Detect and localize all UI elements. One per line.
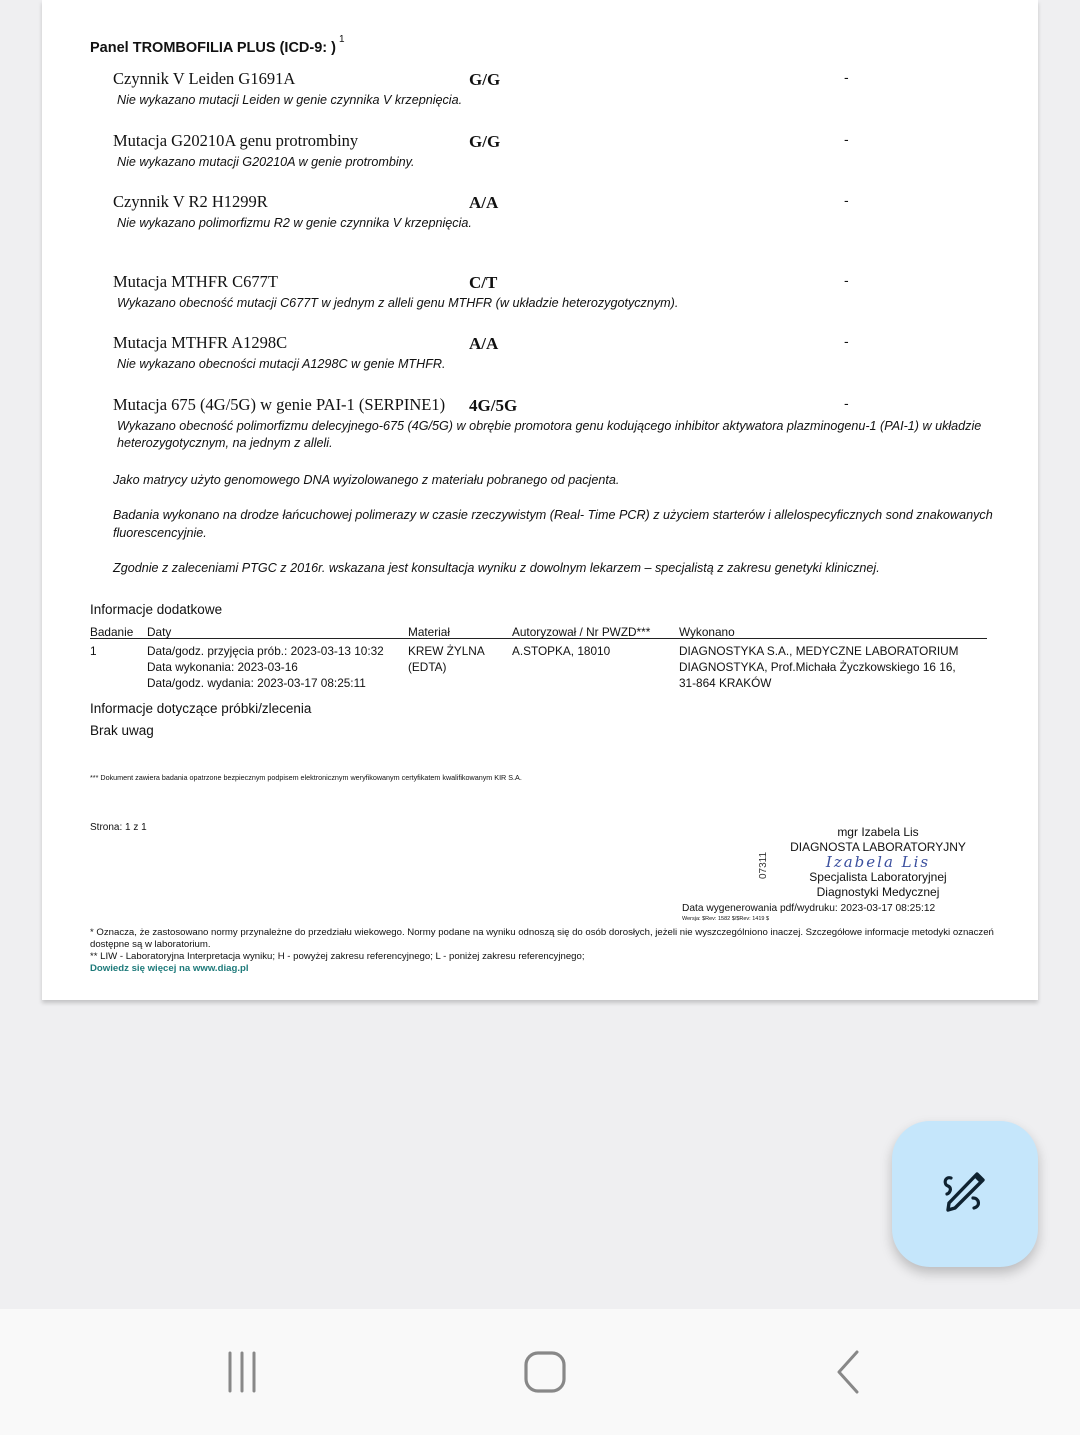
test-reference: - xyxy=(844,395,849,411)
system-navigation-bar xyxy=(0,1309,1080,1435)
test-name: Czynnik V R2 H1299R xyxy=(113,192,268,212)
handwritten-signature: Izabela Lis xyxy=(758,854,998,870)
test-reference: - xyxy=(844,69,849,85)
column-header: Wykonano xyxy=(679,625,735,639)
info-table-header: Badanie Daty Materiał Autoryzował / Nr P… xyxy=(90,623,987,639)
test-name: Mutacja MTHFR C677T xyxy=(113,272,278,292)
footnote-liw: ** LIW - Laboratoryjna Interpretacja wyn… xyxy=(90,951,995,963)
signer-specialty: Specjalista Laboratoryjnej xyxy=(758,870,998,885)
recent-apps-icon xyxy=(223,1351,263,1393)
signer-name: mgr Izabela Lis xyxy=(758,825,998,840)
test-description: Wykazano obecność mutacji C677T w jednym… xyxy=(117,295,997,312)
home-button[interactable] xyxy=(515,1349,575,1395)
test-name: Czynnik V Leiden G1691A xyxy=(113,69,295,89)
cell-authorized: A.STOPKA, 18010 xyxy=(512,643,610,659)
cell-material: KREW ŻYLNA xyxy=(408,643,485,659)
test-name: Mutacja MTHFR A1298C xyxy=(113,333,287,353)
generated-date: Data wygenerowania pdf/wydruku: 2023-03-… xyxy=(682,903,935,914)
method-note: Jako matrycy użyto genomowego DNA wyizol… xyxy=(113,471,1003,489)
sample-info-title: Informacje dotyczące próbki/zlecenia xyxy=(90,701,311,716)
test-name: Mutacja G20210A genu protrombiny xyxy=(113,131,358,151)
test-reference: - xyxy=(844,192,849,208)
signer-specialty: Diagnostyki Medycznej xyxy=(758,885,998,900)
cell-performed-by: 31-864 KRAKÓW xyxy=(679,675,771,691)
cell-date-issued: Data/godz. wydania: 2023-03-17 08:25:11 xyxy=(147,675,366,691)
test-reference: - xyxy=(844,272,849,288)
panel-footnote-marker: 1 xyxy=(339,34,345,45)
recent-apps-button[interactable] xyxy=(213,1349,273,1395)
stamp-code: 07311 xyxy=(757,852,772,879)
method-note: Badania wykonano na drodze łańcuchowej p… xyxy=(113,506,1003,542)
cell-date-received: Data/godz. przyjęcia prób.: 2023-03-13 1… xyxy=(147,643,384,659)
cell-badanie: 1 xyxy=(90,643,97,659)
draw-button[interactable] xyxy=(892,1121,1038,1267)
footnotes: * Oznacza, że zastosowano normy przynale… xyxy=(90,927,995,975)
signature-stamp: 07311 mgr Izabela Lis DIAGNOSTA LABORATO… xyxy=(758,825,998,899)
column-header: Badanie xyxy=(90,625,133,639)
version-info: Wersja: $Rev: 1582 $/$Rev: 1419 $ xyxy=(682,916,769,922)
column-header: Autoryzował / Nr PWZD*** xyxy=(512,625,650,639)
back-icon xyxy=(833,1350,863,1394)
footnote-norms: * Oznacza, że zastosowano normy przynale… xyxy=(90,927,995,951)
column-header: Materiał xyxy=(408,625,450,639)
cell-performed-by: DIAGNOSTYKA, Prof.Michała Życzkowskiego … xyxy=(679,659,956,675)
test-description: Nie wykazano mutacji Leiden w genie czyn… xyxy=(117,92,997,109)
test-description: Nie wykazano obecności mutacji A1298C w … xyxy=(117,356,997,373)
test-description: Nie wykazano polimorfizmu R2 w genie czy… xyxy=(117,215,997,232)
sample-info-value: Brak uwag xyxy=(90,723,154,738)
test-name: Mutacja 675 (4G/5G) w genie PAI-1 (SERPI… xyxy=(113,395,445,415)
test-result: A/A xyxy=(469,193,498,213)
website-link[interactable]: Dowiedz się więcej na www.diag.pl xyxy=(90,963,995,975)
cell-performed-by: DIAGNOSTYKA S.A., MEDYCZNE LABORATORIUM xyxy=(679,643,958,659)
info-section-title: Informacje dodatkowe xyxy=(90,602,222,617)
test-description: Nie wykazano mutacji G20210A w genie pro… xyxy=(117,154,997,171)
test-reference: - xyxy=(844,131,849,147)
signer-title: DIAGNOSTA LABORATORYJNY xyxy=(758,840,998,855)
document-page: Panel TROMBOFILIA PLUS (ICD-9: )1 Czynni… xyxy=(42,0,1038,1000)
panel-title-text: Panel TROMBOFILIA PLUS (ICD-9: ) xyxy=(90,40,336,56)
test-reference: - xyxy=(844,333,849,349)
draw-pencil-icon xyxy=(939,1168,991,1220)
page-number: Strona: 1 z 1 xyxy=(90,822,147,833)
panel-title: Panel TROMBOFILIA PLUS (ICD-9: )1 xyxy=(90,38,345,56)
cell-date-performed: Data wykonania: 2023-03-16 xyxy=(147,659,298,675)
test-result: A/A xyxy=(469,334,498,354)
test-result: 4G/5G xyxy=(469,396,517,416)
test-result: G/G xyxy=(469,132,500,152)
back-button[interactable] xyxy=(818,1349,878,1395)
column-header: Daty xyxy=(147,625,171,639)
test-description: Wykazano obecność polimorfizmu delecyjne… xyxy=(117,418,997,452)
test-result: C/T xyxy=(469,273,497,293)
test-result: G/G xyxy=(469,70,500,90)
home-icon xyxy=(523,1350,567,1394)
consultation-note: Zgodnie z zaleceniami PTGC z 2016r. wska… xyxy=(113,559,1003,577)
cell-material: (EDTA) xyxy=(408,659,446,675)
certificate-note: *** Dokument zawiera badania opatrzone b… xyxy=(90,773,522,782)
